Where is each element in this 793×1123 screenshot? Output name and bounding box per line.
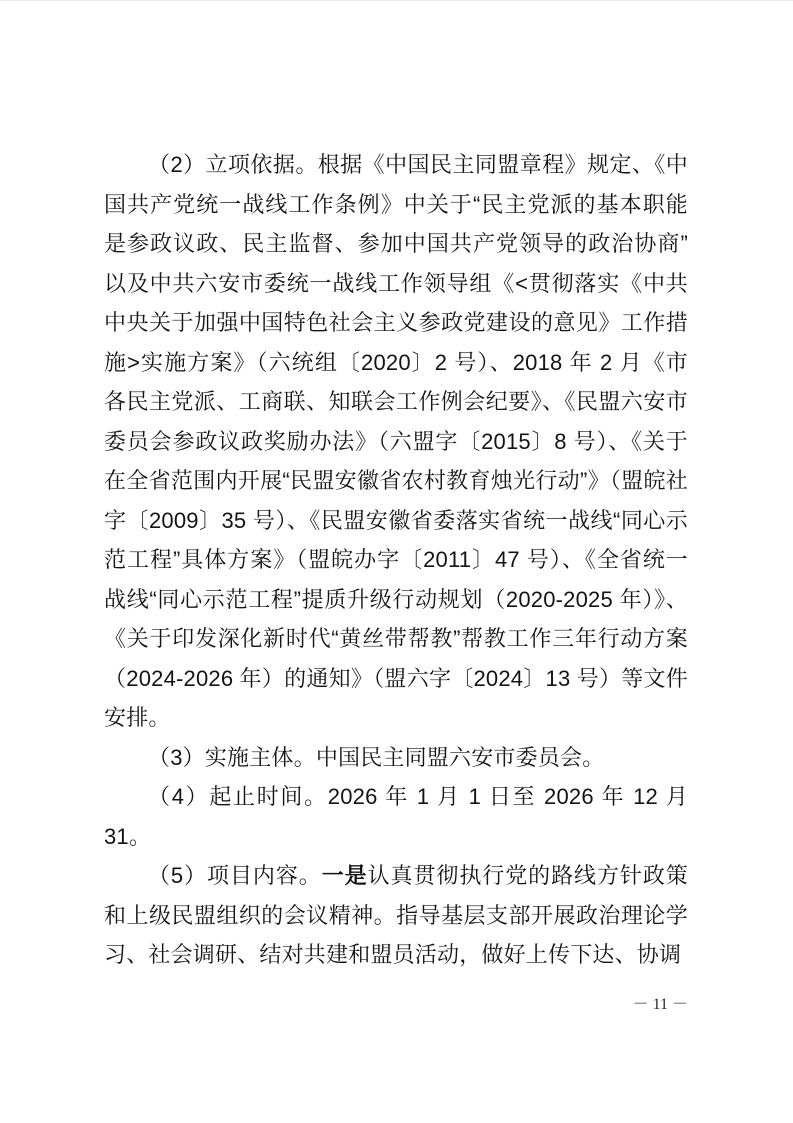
page-number: － 11 －: [633, 995, 688, 1015]
paragraph-time-period: （4）起止时间。2026 年 1 月 1 日至 2026 年 12 月 31。: [104, 777, 688, 856]
paragraph-project-basis: （2）立项依据。根据《中国民主同盟章程》规定、《中国共产党统一战线工作条例》中关…: [104, 145, 688, 738]
paragraph-implementing-body: （3）实施主体。中国民主同盟六安市委员会。: [104, 738, 688, 778]
document-body: （2）立项依据。根据《中国民主同盟章程》规定、《中国共产党统一战线工作条例》中关…: [104, 145, 688, 975]
paragraph-project-content-bold-lead: 一是: [322, 863, 368, 888]
paragraph-project-content-prefix: （5）项目内容。: [148, 863, 322, 888]
document-page: （2）立项依据。根据《中国民主同盟章程》规定、《中国共产党统一战线工作条例》中关…: [0, 0, 793, 1123]
paragraph-project-content: （5）项目内容。一是认真贯彻执行党的路线方针政策和上级民盟组织的会议精神。指导基…: [104, 856, 688, 975]
